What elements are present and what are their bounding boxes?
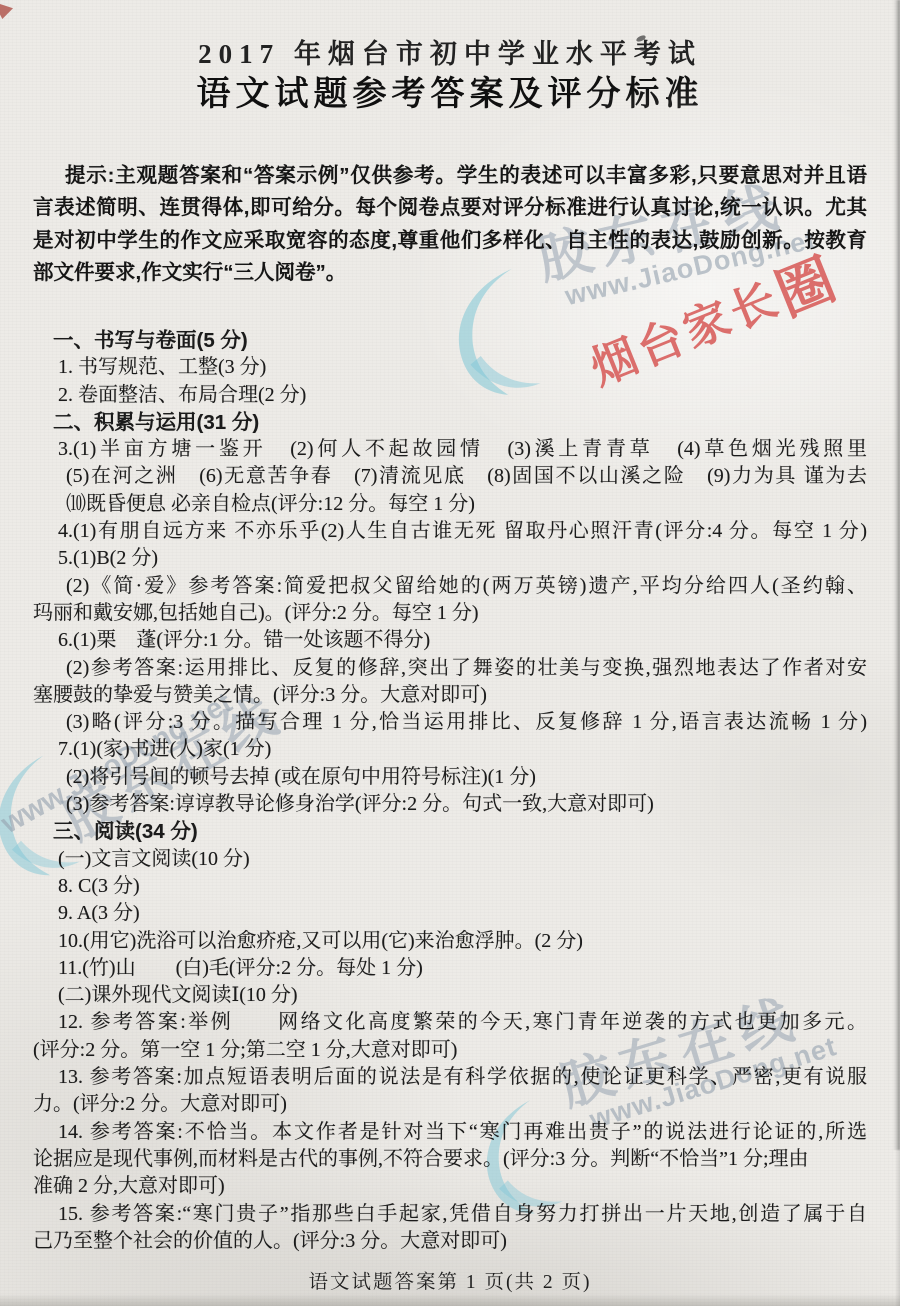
text-line: 是对初中学生的作文应采取宽容的态度,尊重他们多样化、自主性的表达,鼓励创新。按教…: [33, 225, 867, 257]
text-line: 玛丽和戴安娜,包括她自己)。(评分:2 分。每空 1 分): [33, 600, 867, 627]
text-line: 11.(竹)山 (白)毛(评分:2 分。每处 1 分): [33, 955, 867, 982]
scanned-answer-sheet-page: 胶东在线 www.JiaoDong.net 烟台家长圈 胶东在线 www.Jia…: [0, 0, 900, 1306]
text-line: 8. C(3 分): [33, 873, 867, 900]
text-line: 1. 书写规范、工整(3 分): [33, 354, 867, 381]
text-line: (2)《简·爱》参考答案:简爱把叔父留给她的(两万英镑)遗产,平均分给四人(圣约…: [33, 573, 867, 600]
text-line: (2)将引号间的顿号去掉 (或在原句中用符号标注)(1 分): [33, 764, 867, 791]
answer-key-body: 一、书写与卷面(5 分)1. 书写规范、工整(3 分)2. 卷面整洁、布局合理(…: [33, 327, 867, 1255]
page-footer: 语文试题答案第 1 页(共 2 页): [0, 1266, 900, 1294]
text-line: 三、阅读(34 分): [33, 818, 867, 845]
text-line: 9. A(3 分): [33, 900, 867, 927]
scan-artifact-bottom-band: [0, 1294, 900, 1306]
text-line: 10.(用它)洗浴可以治愈疥疮,又可以用(它)来治愈浮肿。(2 分): [33, 928, 867, 955]
grading-note-paragraph: 提示:主观题答案和“答案示例”仅供参考。学生的表述可以丰富多彩,只要意思对并且语…: [33, 160, 867, 290]
text-line: 部文件要求,作文实行“三人阅卷”。: [33, 257, 867, 289]
text-line: (一)文言文阅读(10 分): [33, 846, 867, 873]
text-line: 7.(1)(家)书进(人)家(1 分): [33, 736, 867, 763]
text-line: 力。(评分:2 分。大意对即可): [33, 1091, 867, 1118]
text-line: (3)参考答案:谆谆教导论修身治学(评分:2 分。句式一致,大意对即可): [33, 791, 867, 818]
text-line: 5.(1)B(2 分): [33, 545, 867, 572]
text-line: 6.(1)栗 蓬(评分:1 分。错一处该题不得分): [33, 627, 867, 654]
text-line: 提示:主观题答案和“答案示例”仅供参考。学生的表述可以丰富多彩,只要意思对并且语: [33, 160, 867, 192]
text-line: 3.(1)半亩方塘一鉴开 (2)何人不起故园情 (3)溪上青青草 (4)草色烟光…: [33, 436, 867, 463]
text-line: (3)略(评分:3 分。描写合理 1 分,恰当运用排比、反复修辞 1 分,语言表…: [33, 709, 867, 736]
scan-artifact-right-edge: [893, 0, 900, 1150]
text-line: 14. 参考答案:不恰当。本文作者是针对当下“寒门再难出贵子”的说法进行论证的,…: [33, 1119, 867, 1146]
text-line: 二、积累与运用(31 分): [33, 409, 867, 436]
text-line: (2)参考答案:运用排比、反复的修辞,突出了舞姿的壮美与变换,强烈地表达了作者对…: [33, 655, 867, 682]
text-line: 15. 参考答案:“寒门贵子”指那些白手起家,凭借自身努力打拼出一片天地,创造了…: [33, 1201, 867, 1228]
text-line: 言表述简明、连贯得体,即可给分。每个阅卷点要对评分标准进行认真讨论,统一认识。尤…: [33, 192, 867, 224]
text-line: 2. 卷面整洁、布局合理(2 分): [33, 382, 867, 409]
scan-artifact-right-edge-lower: [895, 1150, 900, 1306]
text-line: 准确 2 分,大意对即可): [33, 1173, 867, 1200]
text-line: 论据应是现代事例,而材料是古代的事例,不符合要求。(评分:3 分。判断“不恰当”…: [33, 1146, 867, 1173]
text-line: (5)在河之洲 (6)无意苦争春 (7)清流见底 (8)固国不以山溪之险 (9)…: [33, 463, 867, 490]
text-line: 一、书写与卷面(5 分): [33, 327, 867, 354]
text-line: (评分:2 分。第一空 1 分;第二空 1 分,大意对即可): [33, 1037, 867, 1064]
text-line: 己乃至整个社会的价值的人。(评分:3 分。大意对即可): [33, 1228, 867, 1255]
scan-artifact-corner-mark: [0, 4, 13, 19]
answer-key-title: 语文试题参考答案及评分标准: [0, 66, 900, 115]
text-line: 13. 参考答案:加点短语表明后面的说法是有科学依据的,使论证更科学、严密,更有…: [33, 1064, 867, 1091]
text-line: 12. 参考答案:举例 网络文化高度繁荣的今天,寒门青年逆袭的方式也更加多元。: [33, 1009, 867, 1036]
text-line: (二)课外现代文阅读Ⅰ(10 分): [33, 982, 867, 1009]
text-line: 4.(1)有朋自远方来 不亦乐乎(2)人生自古谁无死 留取丹心照汗青(评分:4 …: [33, 518, 867, 545]
text-line: 塞腰鼓的挚爱与赞美之情。(评分:3 分。大意对即可): [33, 682, 867, 709]
text-line: ⑽既昏便息 必亲自检点(评分:12 分。每空 1 分): [33, 491, 867, 518]
